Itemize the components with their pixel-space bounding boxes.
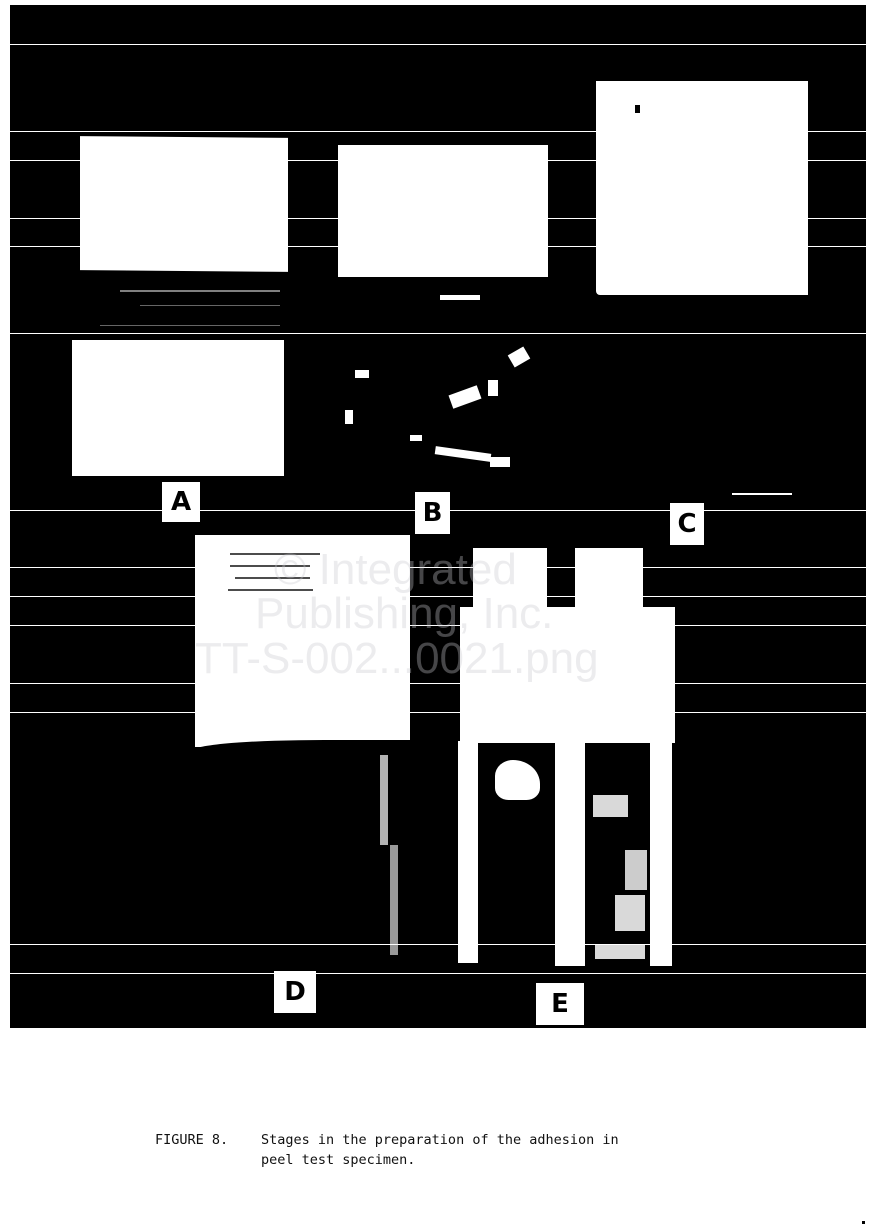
specimen-e-strip-left bbox=[458, 741, 478, 963]
specimen-b-fabric bbox=[449, 385, 482, 408]
specimen-d-fabric bbox=[380, 755, 388, 845]
specimen-a-lower bbox=[72, 340, 284, 476]
specimen-e-fabric bbox=[495, 760, 540, 800]
specimen-b-plate bbox=[338, 145, 548, 277]
scan-line bbox=[10, 625, 866, 626]
specimen-e-plate bbox=[460, 607, 675, 743]
specimen-b-fabric bbox=[345, 410, 353, 424]
specimen-e-tab-left bbox=[473, 548, 547, 608]
specimen-a-texture bbox=[100, 325, 280, 326]
specimen-d-fabric bbox=[390, 845, 398, 955]
scan-line bbox=[10, 712, 866, 713]
specimen-photograph: A B C D E bbox=[10, 5, 866, 1028]
stage-label-d: D bbox=[274, 971, 316, 1013]
stage-label-e: E bbox=[536, 983, 584, 1025]
scan-line bbox=[10, 567, 866, 568]
scan-line bbox=[10, 944, 866, 945]
figure-caption: FIGURE 8.Stages in the preparation of th… bbox=[155, 1130, 619, 1170]
figure-number: FIGURE 8. bbox=[155, 1130, 261, 1150]
specimen-b-fabric bbox=[508, 346, 531, 367]
specimen-b-fabric bbox=[355, 370, 369, 378]
specimen-b-fabric bbox=[435, 446, 492, 462]
stage-label-c: C bbox=[670, 503, 704, 545]
stage-label-b: B bbox=[415, 492, 450, 534]
specimen-d-print bbox=[230, 565, 310, 567]
caption-line-1: Stages in the preparation of the adhesio… bbox=[261, 1132, 619, 1148]
caption-line-2-wrap: peel test specimen. bbox=[155, 1150, 619, 1170]
specimen-b-fabric bbox=[440, 295, 480, 300]
specimen-a-texture bbox=[120, 290, 280, 292]
scan-line bbox=[10, 596, 866, 597]
specimen-e-fabric bbox=[625, 850, 647, 890]
stray-mark bbox=[862, 1221, 865, 1224]
specimen-e-strip-mid bbox=[555, 741, 585, 966]
caption-line-2: peel test specimen. bbox=[261, 1152, 415, 1168]
specimen-d-print bbox=[235, 577, 310, 579]
specimen-a-texture bbox=[140, 305, 280, 306]
specimen-e-strip-right bbox=[650, 741, 672, 966]
specimen-b-fabric bbox=[488, 380, 498, 396]
specimen-b-fabric bbox=[490, 457, 510, 467]
scan-line bbox=[10, 683, 866, 684]
specimen-e-fabric bbox=[593, 795, 628, 817]
specimen-d-print bbox=[230, 553, 320, 555]
scan-line bbox=[10, 333, 866, 334]
specimen-c-plate bbox=[596, 81, 808, 295]
specimen-b-fabric bbox=[410, 435, 422, 441]
specimen-c-strip bbox=[732, 493, 792, 495]
scan-line bbox=[10, 973, 866, 974]
specimen-e-fabric bbox=[615, 895, 645, 931]
stage-label-a: A bbox=[162, 482, 200, 522]
specimen-a-upper bbox=[80, 136, 288, 272]
scan-line bbox=[10, 44, 866, 45]
specimen-c-mark bbox=[635, 105, 640, 113]
specimen-d-print bbox=[228, 589, 313, 591]
specimen-e-fabric bbox=[595, 945, 645, 959]
